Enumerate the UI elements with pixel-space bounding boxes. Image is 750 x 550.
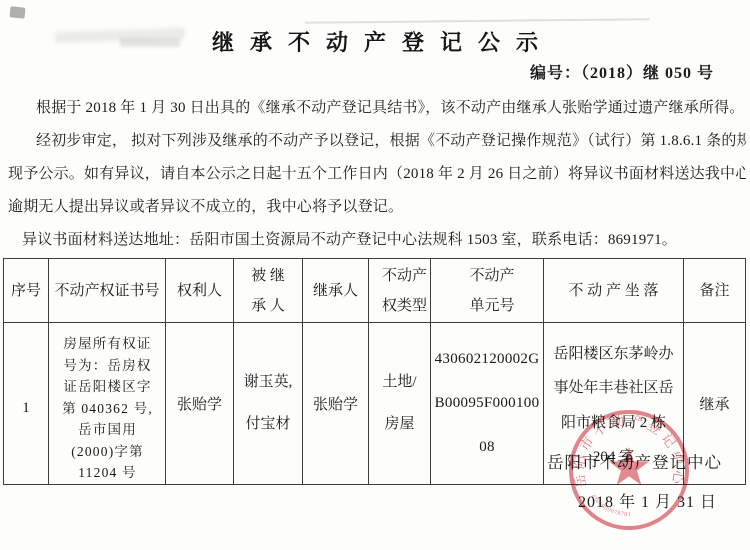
header-right-type: 不动产 权类型 xyxy=(369,259,431,323)
cell-decedents: 谢玉英, 付宝材 xyxy=(234,323,303,485)
body-text: 根据于 2018 年 1 月 30 日出具的《继承不动产登记具结书》，该不动产由… xyxy=(8,92,746,257)
header-serial: 序号 xyxy=(4,259,49,323)
cell-certificate-no: 房屋所有权证号为：岳房权证岳阳楼区字第 040362 号,岳市国用(2000)字… xyxy=(49,323,166,485)
header-right-holder: 权利人 xyxy=(166,259,234,323)
body-line: 经初步审定， 拟对下列涉及继承的不动产予以登记，根据《不动产登记操作规范》（试行… xyxy=(8,125,746,158)
table-header-row: 序号 不动产权证书号 权利人 被 继 承 人 继承人 不动产 权类型 不动产 单… xyxy=(4,259,746,323)
issuer-name: 岳阳市不动产登记中心 xyxy=(547,449,722,473)
header-location: 不 动 产 坐 落 xyxy=(544,259,684,323)
scan-artifact xyxy=(9,6,25,19)
doc-number: 编号：（2018）继 050 号 xyxy=(530,60,714,83)
body-line: 异议书面材料送达地址：岳阳市国土资源局不动产登记中心法规科 1503 室，联系电… xyxy=(8,224,746,257)
cell-unit-no: 430602120002G B00095F000100 08 xyxy=(431,323,544,485)
cell-right-type: 土地/ 房屋 xyxy=(369,323,431,485)
cell-serial: 1 xyxy=(4,323,49,485)
body-line: 现予公示。如有异议，请自本公示之日起十五个工作日内（2018 年 2 月 26 … xyxy=(8,158,746,191)
header-unit-no: 不动产 单元号 xyxy=(431,259,544,323)
header-remark: 备注 xyxy=(684,259,746,323)
issue-date: 2018 年 1 月 31 日 xyxy=(578,489,717,512)
body-line: 逾期无人提出异议或者异议不成立的，我中心将予以登记。 xyxy=(8,191,746,224)
header-decedent: 被 继 承 人 xyxy=(234,259,303,323)
cell-heir: 张贻学 xyxy=(303,323,369,485)
scan-artifact xyxy=(305,18,650,24)
header-heir: 继承人 xyxy=(303,259,369,323)
body-line: 根据于 2018 年 1 月 30 日出具的《继承不动产登记具结书》，该不动产由… xyxy=(8,92,746,125)
scanned-notice-page: 继承不动产登记公示 编号：（2018）继 050 号 根据于 2018 年 1 … xyxy=(0,0,750,550)
header-certificate-no: 不动产权证书号 xyxy=(49,259,166,323)
cell-right-holder: 张贻学 xyxy=(166,323,234,485)
page-title: 继承不动产登记公示 xyxy=(0,26,750,57)
